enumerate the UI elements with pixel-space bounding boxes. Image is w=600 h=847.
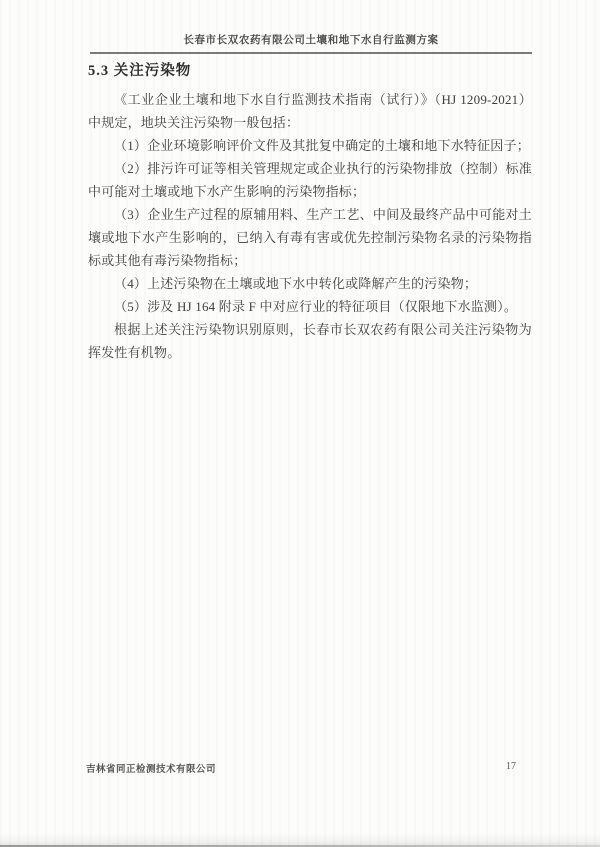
list-item-2: （2）排污许可证等相关管理规定或企业执行的污染物排放（控制）标准中可能对土壤或地… — [88, 157, 532, 203]
document-content: 5.3 关注污染物 《工业企业土壤和地下水自行监测技术指南（试行）》（HJ 12… — [88, 61, 532, 364]
page-footer: 吉林省同正检测技术有限公司 17 — [0, 761, 600, 777]
paragraph-conclusion: 根据上述关注污染物识别原则，长春市长双农药有限公司关注污染物为挥发性有机物。 — [88, 318, 532, 364]
list-item-3: （3）企业生产过程的原辅用料、生产工艺、中间及最终产品中可能对土壤或地下水产生影… — [88, 203, 532, 272]
page-number: 17 — [506, 761, 516, 772]
footer-company-name: 吉林省同正检测技术有限公司 — [86, 761, 216, 775]
page-header: 长春市长双农药有限公司土壤和地下水自行监测方案 — [90, 34, 532, 54]
list-item-4: （4）上述污染物在土壤或地下水中转化或降解产生的污染物； — [88, 272, 532, 295]
document-page: 长春市长双农药有限公司土壤和地下水自行监测方案 5.3 关注污染物 《工业企业土… — [0, 0, 600, 847]
header-title: 长春市长双农药有限公司土壤和地下水自行监测方案 — [183, 35, 438, 46]
list-item-5: （5）涉及 HJ 164 附录 F 中对应行业的特征项目（仅限地下水监测）。 — [88, 295, 532, 318]
paragraph-intro: 《工业企业土壤和地下水自行监测技术指南（试行）》（HJ 1209-2021）中规… — [88, 88, 532, 134]
section-heading: 5.3 关注污染物 — [88, 61, 532, 81]
list-item-1: （1）企业环境影响评价文件及其批复中确定的土壤和地下水特征因子； — [88, 134, 532, 157]
scan-bottom-shadow — [0, 833, 600, 847]
